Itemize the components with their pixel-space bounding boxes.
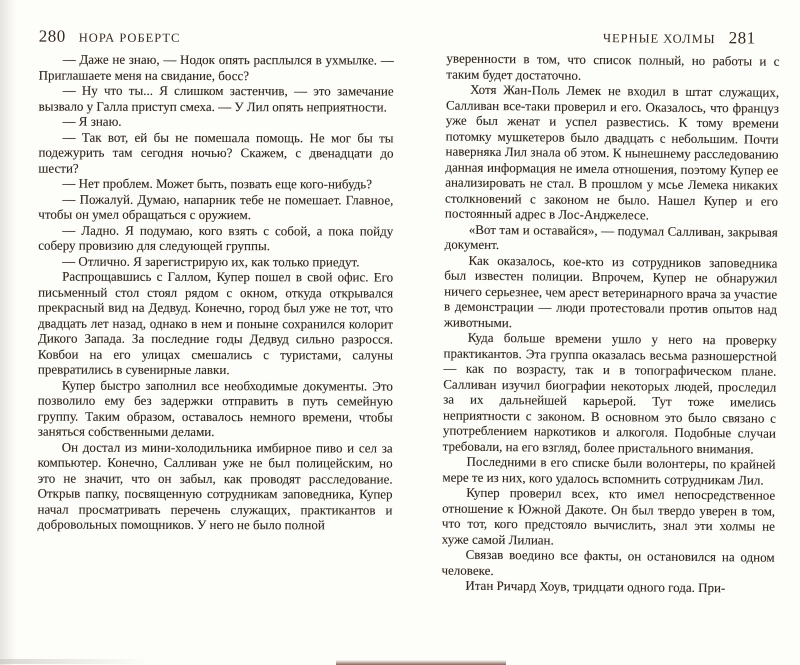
paragraph: — Пожалуй. Думаю, напарник тебе не помеш…	[38, 191, 393, 223]
running-title-left: НОРА РОБЕРТС	[79, 31, 181, 46]
paragraph: Куда больше времени ушло у него на прове…	[443, 330, 777, 457]
paragraph: Купер быстро заполнил все необходимые до…	[38, 377, 393, 440]
page-right: ЧЕРНЫЕ ХОЛМЫ 281 уверенности в том, что …	[400, 0, 800, 665]
paragraph: Связав воедино все факты, он остановился…	[441, 547, 774, 581]
paragraph: — Ну что ты... Я слишком застенчив, — эт…	[39, 83, 394, 115]
page-left-inner: 280 НОРА РОБЕРТС — Даже не знаю, — Нодок…	[0, 0, 400, 665]
paragraph: Купер проверил всех, кто имел непосредст…	[442, 485, 776, 550]
paragraph: — Ладно. Я подумаю, кого взять с собой, …	[38, 222, 393, 254]
page-body-right: уверенности в том, что список полный, но…	[441, 51, 779, 597]
paragraph: уверенности в том, что список полный, но…	[446, 51, 779, 85]
paragraph: — Так вот, ей бы не помешала помощь. Не …	[38, 129, 393, 176]
page-left: 280 НОРА РОБЕРТС — Даже не знаю, — Нодок…	[0, 0, 400, 665]
running-title-right: ЧЕРНЫЕ ХОЛМЫ	[603, 31, 716, 47]
page-number-right: 281	[729, 28, 756, 48]
paragraph: — Отлично. Я зарегистрирую их, как тольк…	[38, 253, 393, 269]
paragraph: — Нет проблем. Может быть, позвать еще к…	[38, 176, 393, 192]
paragraph: Итан Ричард Хоув, тридцати одного года. …	[441, 578, 774, 597]
paragraph: «Вот там и оставайся», — подумал Саллива…	[445, 221, 778, 255]
paragraph: — Я знаю.	[39, 114, 394, 130]
paragraph: Хотя Жан-Поль Лемек не входил в штат слу…	[445, 82, 779, 225]
page-number-left: 280	[39, 27, 66, 47]
page-body-left: — Даже не знаю, — Нодок опять расплылся …	[37, 52, 393, 533]
paragraph: Распрощавшись с Галлом, Купер пошел в св…	[38, 269, 393, 378]
paragraph: — Даже не знаю, — Нодок опять расплылся …	[39, 52, 394, 84]
paragraph: Он достал из мини-холодильника имбирное …	[37, 439, 392, 533]
page-header-right: ЧЕРНЫЕ ХОЛМЫ 281	[603, 27, 756, 48]
page-header-left: 280 НОРА РОБЕРТС	[39, 27, 181, 47]
book-scan-spread: 280 НОРА РОБЕРТС — Даже не знаю, — Нодок…	[0, 0, 800, 665]
paragraph: Последними в его списке были волонтеры, …	[442, 454, 775, 488]
paragraph: Как оказалось, кое-кто из сотрудников за…	[444, 252, 778, 333]
page-right-inner: ЧЕРНЫЕ ХОЛМЫ 281 уверенности в том, что …	[400, 0, 800, 665]
